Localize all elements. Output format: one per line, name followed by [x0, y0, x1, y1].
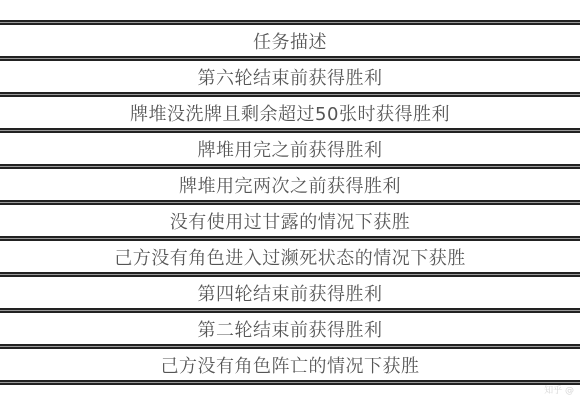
- table-row: 牌堆用完两次之前获得胜利: [0, 169, 580, 200]
- table-row: 没有使用过甘露的情况下获胜: [0, 205, 580, 236]
- watermark: 知乎 @: [544, 383, 574, 396]
- table-row: 第六轮结束前获得胜利: [0, 61, 580, 92]
- table-row: 己方没有角色进入过濒死状态的情况下获胜: [0, 241, 580, 272]
- table-header: 任务描述: [0, 25, 580, 56]
- table-row: 牌堆没洗牌且剩余超过50张时获得胜利: [0, 97, 580, 128]
- table-row: 第四轮结束前获得胜利: [0, 277, 580, 308]
- table-border: [0, 380, 580, 385]
- table-row: 牌堆用完之前获得胜利: [0, 133, 580, 164]
- task-description-table: 任务描述 第六轮结束前获得胜利 牌堆没洗牌且剩余超过50张时获得胜利 牌堆用完之…: [0, 20, 580, 385]
- table-row: 第二轮结束前获得胜利: [0, 313, 580, 344]
- table-row: 己方没有角色阵亡的情况下获胜: [0, 349, 580, 380]
